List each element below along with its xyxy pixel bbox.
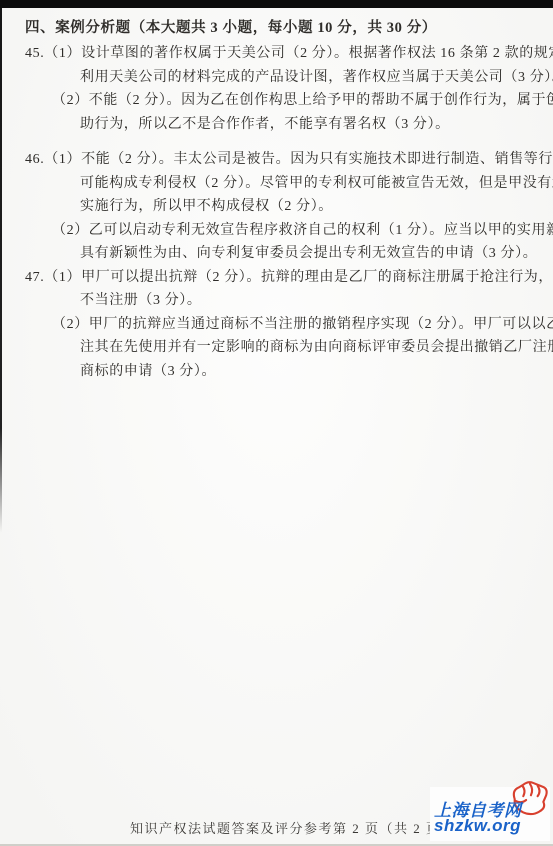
answer-line: 利用天美公司的材料完成的产品设计图，著作权应当属于天美公司（3 分）。 [0,66,553,90]
answer-line: 助行为，所以乙不是合作作者，不能享有署名权（3 分）。 [0,113,553,137]
site-watermark: 上海自考网 shzkw.org [430,787,550,841]
watermark-site-url: shzkw.org [434,816,521,836]
answer-line: 具有新颖性为由、向专利复审委员会提出专利无效宣告的申请（3 分）。 [0,242,553,266]
answer-line: 可能构成专利侵权（2 分）。尽管甲的专利权可能被宣告无效，但是甲没有进行 [0,172,553,196]
page-footer: 知识产权法试题答案及评分参考第 2 页（共 2 页） [130,818,455,837]
answer-line: （2）不能（2 分）。因为乙在创作构思上给予甲的帮助不属于创作行为，属于创作辅 [0,89,553,113]
answer-line: 实施行为，所以甲不构成侵权（2 分）。 [0,195,553,219]
answer-line: 商标的申请（3 分）。 [0,360,553,384]
answer-line: 46.（1）不能（2 分）。丰太公司是被告。因为只有实施技术即进行制造、销售等行… [0,148,553,172]
answer-line: 不当注册（3 分）。 [0,289,553,313]
answer-line: 47.（1）甲厂可以提出抗辩（2 分）。抗辩的理由是乙厂的商标注册属于抢注行为，… [0,266,553,290]
answer-line: 注其在先使用并有一定影响的商标为由向商标评审委员会提出撤销乙厂注册 [0,336,553,360]
answer-line: （2）乙可以启动专利无效宣告程序救济自己的权利（1 分）。应当以甲的实用新型不 [0,219,553,243]
document-page: 四、案例分析题（本大题共 3 小题，每小题 10 分，共 30 分） 45.（1… [0,0,553,846]
answer-line: 45.（1）设计草图的著作权属于天美公司（2 分）。根据著作权法 16 条第 2… [0,42,553,66]
section-heading: 四、案例分析题（本大题共 3 小题，每小题 10 分，共 30 分） [25,16,545,37]
scan-edge-top [0,0,553,8]
answer-line: （2）甲厂的抗辩应当通过商标不当注册的撤销程序实现（2 分）。甲厂可以以乙厂抢 [0,313,553,337]
answer-lines: 45.（1）设计草图的著作权属于天美公司（2 分）。根据著作权法 16 条第 2… [0,42,553,383]
